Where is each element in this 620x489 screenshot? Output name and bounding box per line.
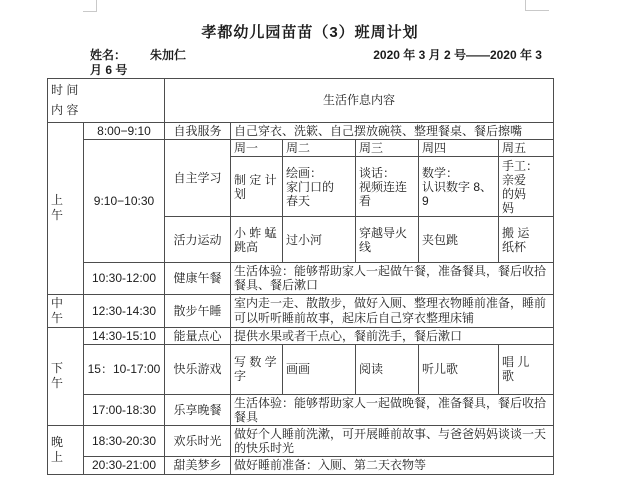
document-page: 孝都幼儿园苗苗（3）班周计划 姓名： 朱加仁 2020 年 3 月 2 号——2…: [0, 0, 620, 489]
activity-sweet-dreams: 甜美梦乡: [165, 457, 231, 474]
game-thursday: 听儿歌: [419, 344, 499, 394]
content-nap: 室内走一走、散散步，做好入厕、整理衣物睡前准备，睡前可以听听睡前故事，起床后自己…: [231, 294, 554, 327]
content-lunch: 生活体验：能够帮助家人一起做午餐，准备餐具，餐后收拾餐具、餐后漱口: [231, 263, 554, 294]
name-date-line: 姓名： 朱加仁 2020 年 3 月 2 号——2020 年 3: [90, 46, 542, 63]
activity-happy-time: 欢乐时光: [165, 426, 231, 457]
sport-friday: 搬 运 纸杯: [499, 217, 554, 263]
main-header-daily-routine: 生活作息内容: [165, 79, 554, 123]
weekday-header-thursday: 周四: [419, 140, 499, 157]
period-noon: 中午: [48, 294, 84, 327]
table-header-row: 时 间 内 容 生活作息内容: [48, 79, 554, 123]
row-nap: 中午 12:30-14:30 散步午睡 室内走一走、散散步，做好入厕、整理衣物睡…: [48, 294, 554, 327]
time-cell-dinner: 17:00-18:30: [84, 394, 165, 425]
content-happy-time: 做好个人睡前洗漱，可开展睡前故事、与爸爸妈妈谈谈一天的快乐时光: [231, 426, 554, 457]
weekday-header-friday: 周五: [499, 140, 554, 157]
activity-enjoy-dinner: 乐享晚餐: [165, 394, 231, 425]
time-cell-nap: 12:30-14:30: [84, 294, 165, 327]
weekday-header-monday: 周一: [231, 140, 283, 157]
name-value: 朱加仁: [150, 46, 186, 63]
time-cell-games: 15：10-17:00: [84, 344, 165, 394]
row-happy-time: 晚上 18:30-20:30 欢乐时光 做好个人睡前洗漱，可开展睡前故事、与爸爸…: [48, 426, 554, 457]
activity-energy-snack: 能量点心: [165, 327, 231, 344]
sport-thursday: 夹包跳: [419, 217, 499, 263]
study-monday: 制 定 计 划: [231, 157, 283, 217]
game-tuesday: 画画: [283, 344, 356, 394]
activity-healthy-lunch: 健康午餐: [165, 263, 231, 294]
time-cell-study-sport: 9:10−10:30: [84, 140, 165, 263]
time-cell-sweet-dreams: 20:30-21:00: [84, 457, 165, 474]
study-friday: 手工： 亲爱 的妈 妈: [499, 157, 554, 217]
corner-header-time-content: 时 间 内 容: [48, 79, 165, 123]
weekday-header-tuesday: 周二: [283, 140, 356, 157]
page-title: 孝都幼儿园苗苗（3）班周计划: [0, 21, 620, 42]
time-cell-lunch: 10:30-12:00: [84, 263, 165, 294]
activity-self-service: 自我服务: [165, 123, 231, 140]
date-range-part2: 月 6 号: [90, 61, 127, 78]
date-range-part1: 2020 年 3 月 2 号——2020 年 3: [373, 46, 542, 63]
sport-tuesday: 过小河: [283, 217, 356, 263]
activity-self-study: 自主学习: [165, 140, 231, 217]
content-dinner: 生活体验：能够帮助家人一起做晚餐，准备餐具，餐后收拾餐具: [231, 394, 554, 425]
margin-corner-mark-left: [83, 0, 97, 12]
activity-happy-games: 快乐游戏: [165, 344, 231, 394]
weekday-header-wednesday: 周三: [356, 140, 419, 157]
game-friday: 唱 儿 歌: [499, 344, 554, 394]
study-thursday: 数学： 认识数字 8、 9: [419, 157, 499, 217]
period-morning: 上午: [48, 123, 84, 295]
row-weekday-headers: 9:10−10:30 自主学习 周一 周二 周三 周四 周五: [48, 140, 554, 157]
period-evening: 晚上: [48, 426, 84, 474]
row-dinner: 17:00-18:30 乐享晚餐 生活体验：能够帮助家人一起做晚餐，准备餐具，餐…: [48, 394, 554, 425]
game-wednesday: 阅读: [356, 344, 419, 394]
time-cell-happy-time: 18:30-20:30: [84, 426, 165, 457]
margin-corner-mark-right: [525, 0, 549, 11]
sport-wednesday: 穿越导火 线: [356, 217, 419, 263]
time-cell-snack: 14:30-15:10: [84, 327, 165, 344]
row-games: 15：10-17:00 快乐游戏 写 数 学 字 画画 阅读 听儿歌 唱 儿 歌: [48, 344, 554, 394]
row-lunch: 10:30-12:00 健康午餐 生活体验：能够帮助家人一起做午餐，准备餐具，餐…: [48, 263, 554, 294]
game-monday: 写 数 学 字: [231, 344, 283, 394]
study-wednesday: 谈话： 视频连连 看: [356, 157, 419, 217]
period-afternoon: 下午: [48, 327, 84, 425]
activity-vitality-sport: 活力运动: [165, 217, 231, 263]
time-cell-self-service: 8:00−9:10: [84, 123, 165, 140]
row-snack: 下午 14:30-15:10 能量点心 提供水果或者干点心，餐前洗手，餐后漱口: [48, 327, 554, 344]
content-sweet-dreams: 做好睡前准备：入厕、第二天衣物等: [231, 457, 554, 474]
content-self-service: 自己穿衣、洗簌、自己摆放碗筷、整理餐桌、餐后擦嘴: [231, 123, 554, 140]
row-sweet-dreams: 20:30-21:00 甜美梦乡 做好睡前准备：入厕、第二天衣物等: [48, 457, 554, 474]
weekly-schedule-table: 时 间 内 容 生活作息内容 上午 8:00−9:10 自我服务 自己穿衣、洗簌…: [47, 78, 554, 475]
activity-walk-nap: 散步午睡: [165, 294, 231, 327]
study-tuesday: 绘画： 家门口的 春天: [283, 157, 356, 217]
row-self-service: 上午 8:00−9:10 自我服务 自己穿衣、洗簌、自己摆放碗筷、整理餐桌、餐后…: [48, 123, 554, 140]
sport-monday: 小 蚱 蜢 跳高: [231, 217, 283, 263]
content-snack: 提供水果或者干点心，餐前洗手，餐后漱口: [231, 327, 554, 344]
